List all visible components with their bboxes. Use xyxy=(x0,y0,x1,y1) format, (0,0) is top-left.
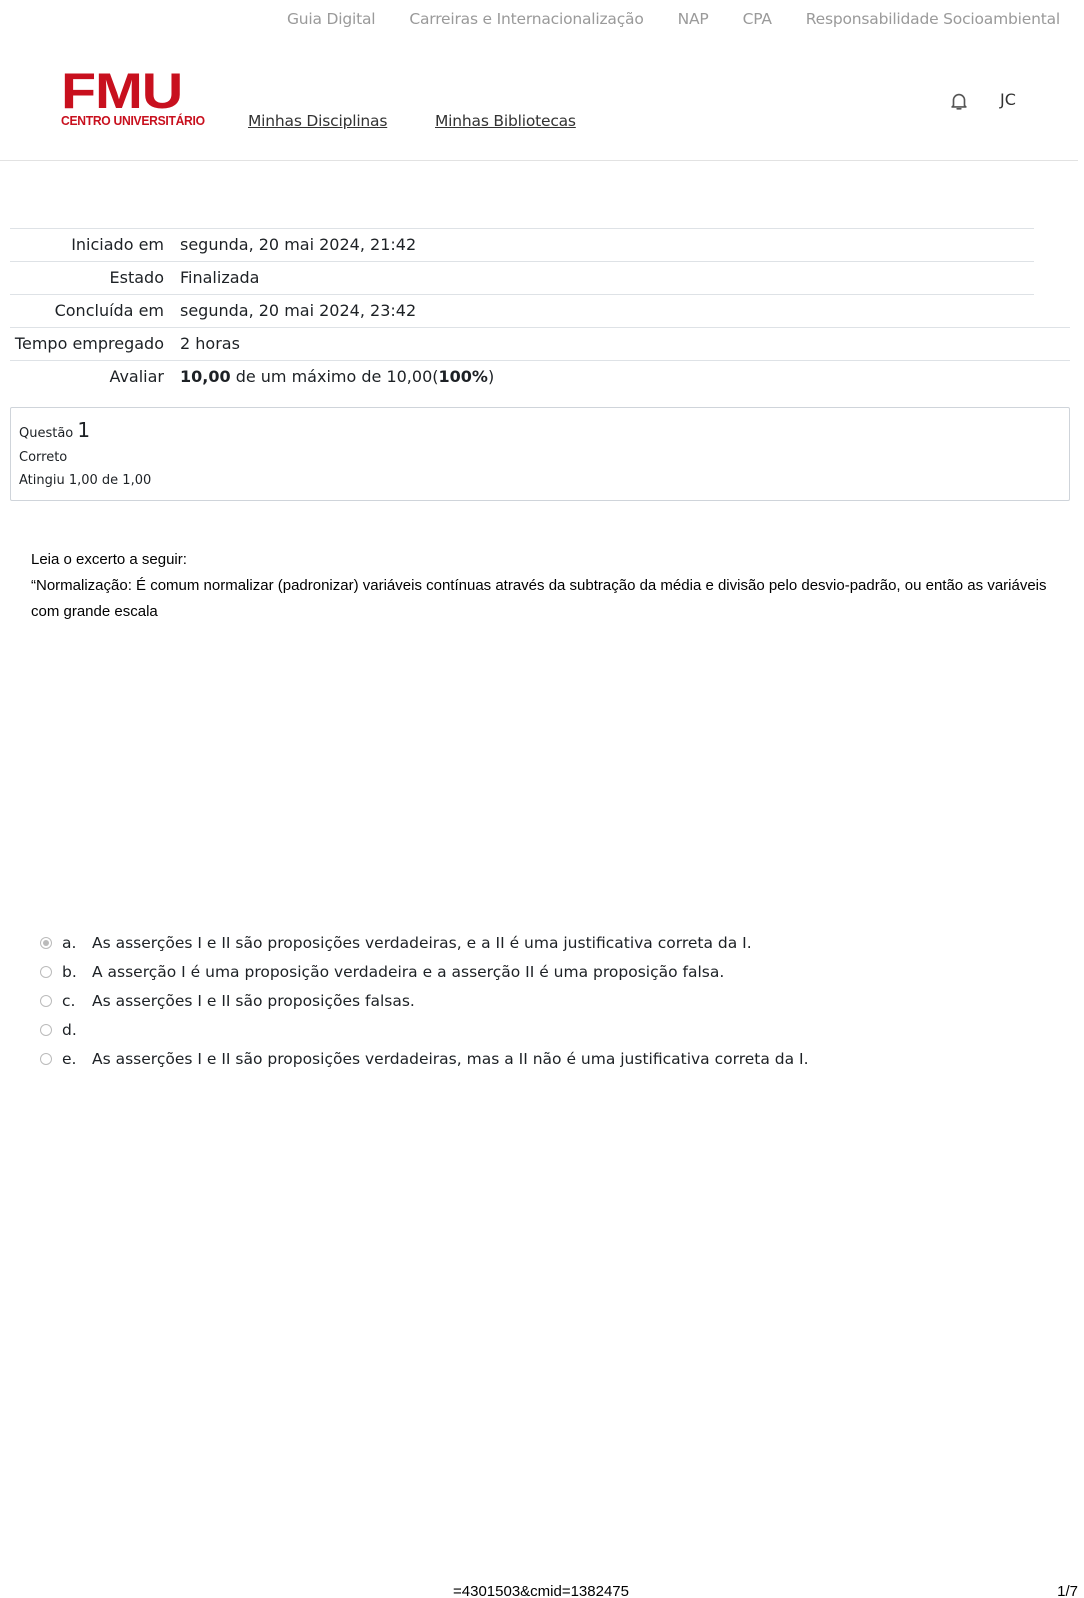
top-link-carreiras[interactable]: Carreiras e Internacionalização xyxy=(409,10,643,28)
radio-icon[interactable] xyxy=(40,995,52,1007)
answer-text: As asserções I e II são proposições verd… xyxy=(92,1050,809,1068)
grade-end: ) xyxy=(488,367,494,386)
top-links: Guia Digital Carreiras e Internacionaliz… xyxy=(287,10,1060,28)
summary-value: 2 horas xyxy=(164,328,240,360)
summary-label: Avaliar xyxy=(10,361,164,393)
summary-label: Concluída em xyxy=(10,295,164,327)
summary-row: Concluída em segunda, 20 mai 2024, 23:42 xyxy=(10,294,1034,327)
answer-text: As asserções I e II são proposições verd… xyxy=(92,934,752,952)
summary-label: Tempo empregado xyxy=(10,328,164,360)
question-number: Questão 1 xyxy=(19,418,1061,442)
answer-text: As asserções I e II são proposições fals… xyxy=(92,992,415,1010)
answer-option-d[interactable]: d. xyxy=(40,1015,809,1044)
answer-letter: b. xyxy=(62,963,92,981)
nav-minhas-disciplinas[interactable]: Minhas Disciplinas xyxy=(248,112,387,130)
summary-row: Estado Finalizada xyxy=(10,261,1034,294)
radio-icon[interactable] xyxy=(40,937,52,949)
radio-icon[interactable] xyxy=(40,1024,52,1036)
question-points: Atingiu 1,00 de 1,00 xyxy=(19,473,1061,488)
summary-value: Finalizada xyxy=(164,262,259,294)
top-link-responsabilidade[interactable]: Responsabilidade Socioambiental xyxy=(806,10,1060,28)
question-text: Leia o excerto a seguir: “Normalização: … xyxy=(31,547,1051,625)
answer-letter: d. xyxy=(62,1021,92,1039)
top-link-nap[interactable]: NAP xyxy=(678,10,709,28)
summary-row: Iniciado em segunda, 20 mai 2024, 21:42 xyxy=(10,228,1034,261)
answer-option-c[interactable]: c.As asserções I e II são proposições fa… xyxy=(40,986,809,1015)
print-footer-url: =4301503&cmid=1382475 xyxy=(453,1583,629,1598)
radio-icon[interactable] xyxy=(40,1053,52,1065)
answer-option-b[interactable]: b.A asserção I é uma proposição verdadei… xyxy=(40,957,809,986)
question-intro: Leia o excerto a seguir: xyxy=(31,547,1051,573)
question-prefix: Questão xyxy=(19,426,73,441)
answer-letter: c. xyxy=(62,992,92,1010)
navbar: FMU CENTRO UNIVERSITÁRIO Minhas Discipli… xyxy=(0,50,1078,161)
question-body: “Normalização: É comum normalizar (padro… xyxy=(31,573,1051,625)
nav-minhas-bibliotecas[interactable]: Minhas Bibliotecas xyxy=(435,112,576,130)
answer-option-a[interactable]: a.As asserções I e II são proposições ve… xyxy=(40,928,809,957)
fmu-logo[interactable]: FMU CENTRO UNIVERSITÁRIO xyxy=(61,72,201,128)
grade-percent: 100% xyxy=(439,367,488,386)
summary-row: Tempo empregado 2 horas xyxy=(10,327,1070,360)
answer-letter: a. xyxy=(62,934,92,952)
summary-value: segunda, 20 mai 2024, 21:42 xyxy=(164,229,416,261)
top-link-guia-digital[interactable]: Guia Digital xyxy=(287,10,375,28)
question-status: Correto xyxy=(19,450,1061,465)
answer-list: a.As asserções I e II são proposições ve… xyxy=(40,928,809,1073)
print-footer-page: 1/7 xyxy=(1057,1583,1078,1598)
question-number-value: 1 xyxy=(77,418,90,442)
top-link-cpa[interactable]: CPA xyxy=(743,10,772,28)
attempt-summary: Iniciado em segunda, 20 mai 2024, 21:42 … xyxy=(10,228,1070,393)
answer-text: A asserção I é uma proposição verdadeira… xyxy=(92,963,724,981)
bell-icon[interactable] xyxy=(948,90,970,112)
logo-main: FMU xyxy=(61,72,222,110)
summary-label: Iniciado em xyxy=(10,229,164,261)
summary-value: segunda, 20 mai 2024, 23:42 xyxy=(164,295,416,327)
radio-icon[interactable] xyxy=(40,966,52,978)
answer-option-e[interactable]: e.As asserções I e II são proposições ve… xyxy=(40,1044,809,1073)
user-menu[interactable]: JC xyxy=(1000,90,1016,109)
grade-value: 10,00 de um máximo de 10,00(100%) xyxy=(164,361,494,393)
question-info-box: Questão 1 Correto Atingiu 1,00 de 1,00 xyxy=(10,407,1070,501)
logo-sub: CENTRO UNIVERSITÁRIO xyxy=(61,114,197,128)
summary-row-grade: Avaliar 10,00 de um máximo de 10,00(100%… xyxy=(10,360,1070,393)
grade-score: 10,00 xyxy=(180,367,231,386)
summary-label: Estado xyxy=(10,262,164,294)
answer-letter: e. xyxy=(62,1050,92,1068)
grade-text: de um máximo de 10,00( xyxy=(231,367,439,386)
